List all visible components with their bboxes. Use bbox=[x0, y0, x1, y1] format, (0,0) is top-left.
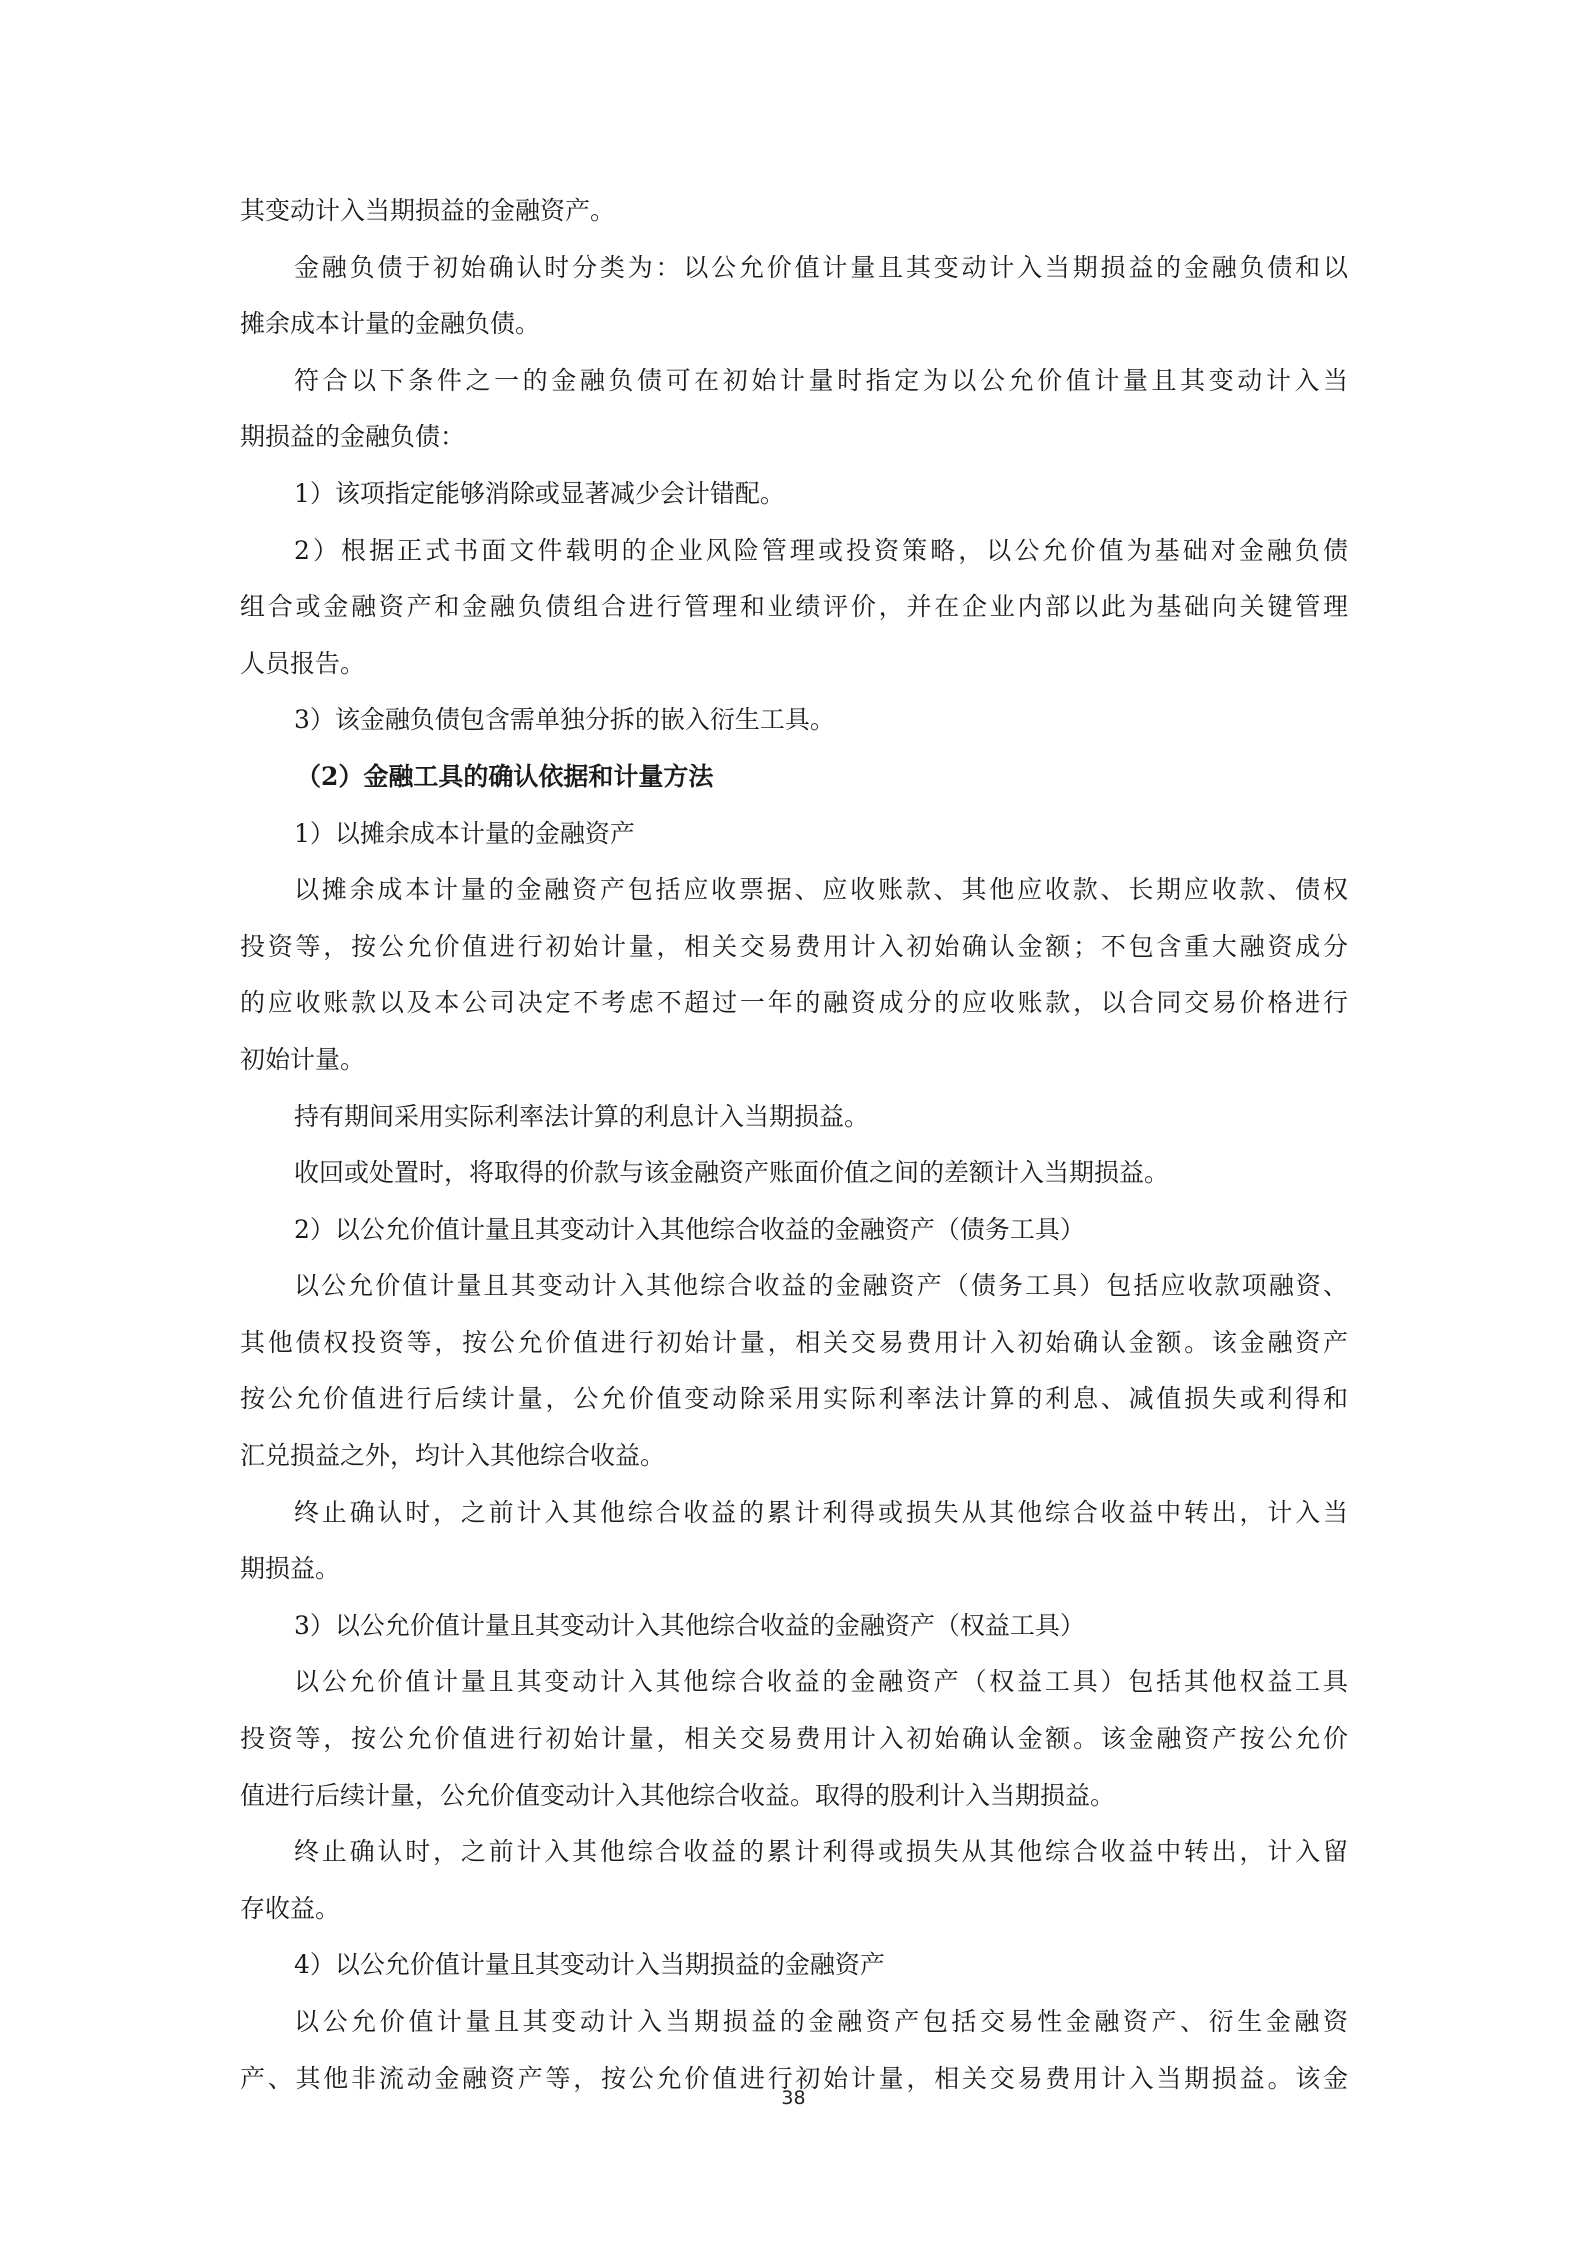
paragraph-line: 符合以下条件之一的金融负债可在初始计量时指定为以公允价值计量且其变动计入当 bbox=[240, 353, 1348, 410]
list-item: 2）根据正式书面文件载明的企业风险管理或投资策略，以公允价值为基础对金融负债 bbox=[240, 523, 1348, 580]
paragraph-line: 持有期间采用实际利率法计算的利息计入当期损益。 bbox=[240, 1089, 1348, 1146]
paragraph-line: 值进行后续计量，公允价值变动计入其他综合收益。取得的股利计入当期损益。 bbox=[240, 1768, 1348, 1825]
paragraph-line: 投资等，按公允价值进行初始计量，相关交易费用计入初始确认金额。该金融资产按公允价 bbox=[240, 1711, 1348, 1768]
subsection-heading: 3）以公允价值计量且其变动计入其他综合收益的金融资产（权益工具） bbox=[240, 1598, 1348, 1655]
paragraph-line: 以公允价值计量且其变动计入其他综合收益的金融资产（债务工具）包括应收款项融资、 bbox=[240, 1258, 1348, 1315]
list-item: 1）该项指定能够消除或显著减少会计错配。 bbox=[240, 466, 1348, 523]
paragraph-line: 以摊余成本计量的金融资产包括应收票据、应收账款、其他应收款、长期应收款、债权 bbox=[240, 862, 1348, 919]
paragraph-line: 期损益的金融负债： bbox=[240, 409, 1348, 466]
paragraph-line: 组合或金融资产和金融负债组合进行管理和业绩评价，并在企业内部以此为基础向关键管理 bbox=[240, 579, 1348, 636]
paragraph-line: 收回或处置时，将取得的价款与该金融资产账面价值之间的差额计入当期损益。 bbox=[240, 1145, 1348, 1202]
paragraph-line: 期损益。 bbox=[240, 1541, 1348, 1598]
body-text: 其变动计入当期损益的金融资产。 金融负债于初始确认时分类为：以公允价值计量且其变… bbox=[240, 183, 1348, 2107]
paragraph-line: 人员报告。 bbox=[240, 636, 1348, 693]
page-number: 38 bbox=[0, 2087, 1587, 2109]
paragraph-line: 的应收账款以及本公司决定不考虑不超过一年的融资成分的应收账款，以合同交易价格进行 bbox=[240, 975, 1348, 1032]
paragraph-line: 按公允价值进行后续计量，公允价值变动除采用实际利率法计算的利息、减值损失或利得和 bbox=[240, 1371, 1348, 1428]
paragraph-line: 以公允价值计量且其变动计入当期损益的金融资产包括交易性金融资产、衍生金融资 bbox=[240, 1994, 1348, 2051]
paragraph-line: 初始计量。 bbox=[240, 1032, 1348, 1089]
paragraph-line: 汇兑损益之外，均计入其他综合收益。 bbox=[240, 1428, 1348, 1485]
paragraph-line: 投资等，按公允价值进行初始计量，相关交易费用计入初始确认金额；不包含重大融资成分 bbox=[240, 919, 1348, 976]
document-page: 其变动计入当期损益的金融资产。 金融负债于初始确认时分类为：以公允价值计量且其变… bbox=[0, 0, 1587, 2245]
paragraph-line: 摊余成本计量的金融负债。 bbox=[240, 296, 1348, 353]
paragraph-line: 其他债权投资等，按公允价值进行初始计量，相关交易费用计入初始确认金额。该金融资产 bbox=[240, 1315, 1348, 1372]
paragraph-line: 金融负债于初始确认时分类为：以公允价值计量且其变动计入当期损益的金融负债和以 bbox=[240, 240, 1348, 297]
subsection-heading: 4）以公允价值计量且其变动计入当期损益的金融资产 bbox=[240, 1937, 1348, 1994]
paragraph-line: 其变动计入当期损益的金融资产。 bbox=[240, 183, 1348, 240]
section-heading: （2）金融工具的确认依据和计量方法 bbox=[240, 749, 1348, 806]
paragraph-line: 存收益。 bbox=[240, 1881, 1348, 1938]
subsection-heading: 1）以摊余成本计量的金融资产 bbox=[240, 806, 1348, 863]
subsection-heading: 2）以公允价值计量且其变动计入其他综合收益的金融资产（债务工具） bbox=[240, 1202, 1348, 1259]
paragraph-line: 终止确认时，之前计入其他综合收益的累计利得或损失从其他综合收益中转出，计入当 bbox=[240, 1485, 1348, 1542]
paragraph-line: 以公允价值计量且其变动计入其他综合收益的金融资产（权益工具）包括其他权益工具 bbox=[240, 1654, 1348, 1711]
list-item: 3）该金融负债包含需单独分拆的嵌入衍生工具。 bbox=[240, 692, 1348, 749]
paragraph-line: 终止确认时，之前计入其他综合收益的累计利得或损失从其他综合收益中转出，计入留 bbox=[240, 1824, 1348, 1881]
